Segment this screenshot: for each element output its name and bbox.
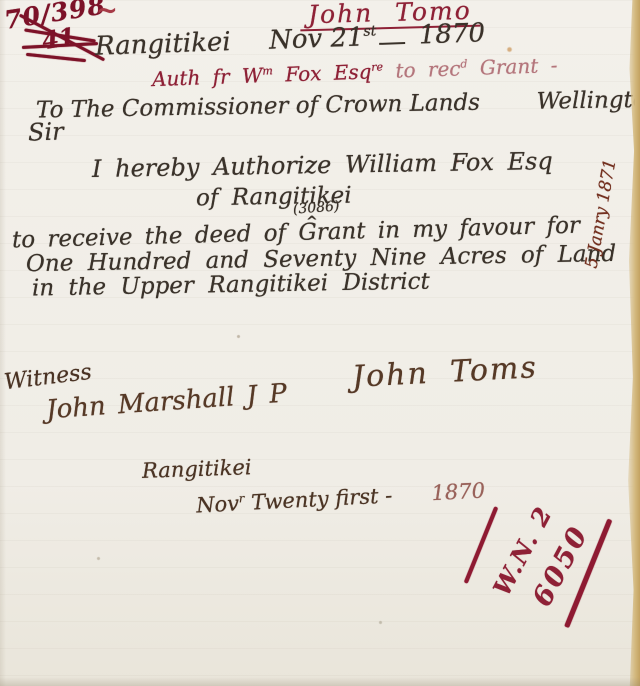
red-note-sup: m — [262, 64, 273, 77]
red-note-sup: re — [371, 60, 383, 73]
place-date-line: Rangitikei Nov 21st 1870 — [95, 20, 486, 61]
closing-place: Rangitikei — [142, 456, 252, 482]
red-note-part: Auth fr Wm Fox Esqre — [152, 59, 384, 91]
body-line-5: in the Upper Rangitikei District — [32, 270, 430, 301]
margin-filing-date: 5 Janry 1871 — [578, 124, 627, 304]
closing-year: 1870 — [431, 478, 486, 505]
scanned-letter-page: 70/398 41 ~ John Tomo Rangitikei Nov 21s… — [0, 0, 640, 686]
red-note-part-faded: to recd Grant - — [395, 53, 558, 83]
witness-label: Witness — [3, 361, 93, 395]
paper-edge-left — [0, 0, 6, 686]
closing-day-words: Twenty first - — [244, 483, 393, 515]
principal-signature: John Toms — [351, 352, 538, 393]
recipient-line: To The Commissioner of Crown Lands Welli… — [36, 88, 640, 123]
closing-month: Nov — [196, 491, 240, 517]
red-note-text: Auth fr W — [152, 63, 263, 91]
letter-date: Nov 21 — [269, 22, 364, 55]
recipient: To The Commissioner of Crown Lands — [36, 90, 480, 124]
pen-flourish — [378, 28, 405, 45]
date-ordinal: st — [363, 23, 377, 39]
file-number-tilde: ~ — [96, 0, 118, 25]
strike-line — [26, 53, 86, 62]
filing-stroke-left — [464, 506, 498, 584]
closing-date-line: Novr Twenty first - 1870 — [196, 479, 486, 516]
recipient-place: Wellington — [536, 87, 640, 115]
red-note-text: Grant - — [467, 53, 558, 80]
paper-edge-bottom — [0, 677, 640, 686]
salutation: Sir — [28, 119, 64, 145]
red-note-text: to rec — [395, 56, 461, 82]
letter-year: 1870 — [418, 18, 485, 50]
witness-signature: John Marshall J P — [45, 381, 287, 425]
body-line-1: I hereby Authorize William Fox Esq — [92, 149, 553, 182]
letter-place: Rangitikei — [95, 27, 232, 62]
red-clerk-note: Auth fr Wm Fox Esqre to recd Grant - — [152, 55, 558, 90]
red-note-text: Fox Esq — [273, 59, 372, 86]
